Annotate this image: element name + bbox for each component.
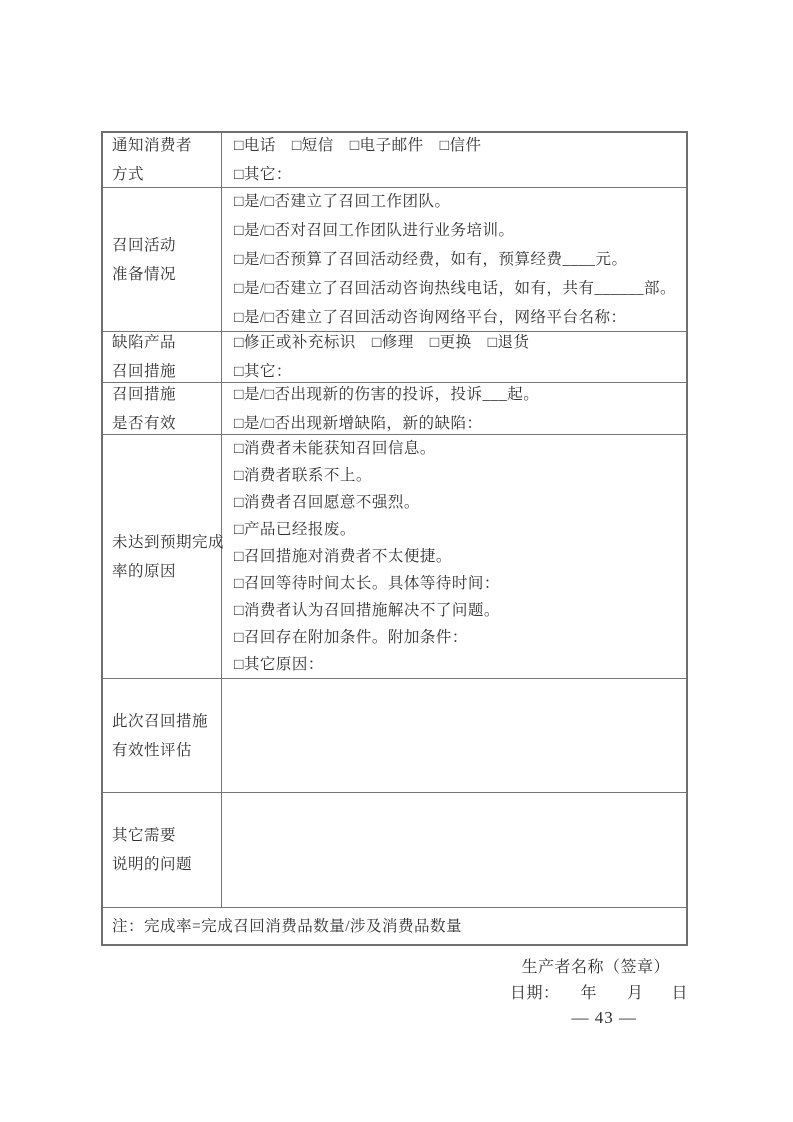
table-row: 其它需要说明的问题 <box>103 793 686 908</box>
page-number: — 43 — <box>572 1008 638 1028</box>
row-label-cell: 通知消费者方式 <box>103 133 222 187</box>
checkbox-option-line: □产品已经报废。 <box>234 516 686 543</box>
date-year-label: 年 <box>580 980 597 1003</box>
row-content-cell: □电话 □短信 □电子邮件 □信件□其它： <box>222 133 686 187</box>
row-label-text: 准备情况 <box>112 260 221 289</box>
checkbox-option-line: □消费者联系不上。 <box>234 462 686 489</box>
row-label-text: 通知消费者 <box>112 131 221 160</box>
row-label-text: 未达到预期完成 <box>112 528 221 557</box>
table-row: 召回措施是否有效□是/□否出现新的伤害的投诉，投诉___起。□是/□否出现新增缺… <box>103 383 686 435</box>
checkbox-option-line: □消费者召回愿意不强烈。 <box>234 489 686 516</box>
row-label-text: 缺陷产品 <box>112 328 221 357</box>
row-content-cell <box>222 793 686 907</box>
checkbox-option-line: □消费者认为召回措施解决不了问题。 <box>234 597 686 624</box>
row-label-text: 是否有效 <box>112 409 221 438</box>
recall-form-table: 通知消费者方式□电话 □短信 □电子邮件 □信件□其它：召回活动准备情况□是/□… <box>101 131 688 946</box>
row-label-text: 有效性评估 <box>112 736 221 765</box>
row-content-cell: □是/□否建立了召回工作团队。□是/□否对召回工作团队进行业务培训。□是/□否预… <box>222 188 686 331</box>
checkbox-option-line: □召回存在附加条件。附加条件： <box>234 624 686 651</box>
row-content-cell: □是/□否出现新的伤害的投诉，投诉___起。□是/□否出现新增缺陷，新的缺陷： <box>222 383 686 434</box>
producer-signature-label: 生产者名称（签章） <box>521 954 670 977</box>
table-note-row: 注：完成率=完成召回消费品数量/涉及消费品数量 <box>103 908 686 944</box>
row-content-cell: □修正或补充标识 □修理 □更换 □退货□其它： <box>222 332 686 382</box>
table-row: 此次召回措施有效性评估 <box>103 679 686 793</box>
checkbox-option-line: □召回措施对消费者不太便捷。 <box>234 543 686 570</box>
checkbox-option-line: □召回等待时间太长。具体等待时间： <box>234 570 686 597</box>
date-day-label: 日 <box>671 980 688 1003</box>
row-label-cell: 召回活动准备情况 <box>103 188 222 331</box>
checkbox-option-line: □电话 □短信 □电子邮件 □信件 <box>234 131 686 160</box>
checkbox-option-line: □是/□否建立了召回工作团队。 <box>234 187 686 216</box>
checkbox-option-line: □是/□否预算了召回活动经费，如有，预算经费____元。 <box>234 245 686 274</box>
checkbox-option-line: □是/□否出现新的伤害的投诉，投诉___起。 <box>234 380 686 409</box>
row-label-text: 说明的问题 <box>112 850 221 879</box>
document-page: 通知消费者方式□电话 □短信 □电子邮件 □信件□其它：召回活动准备情况□是/□… <box>0 0 793 1122</box>
checkbox-option-line: □其它： <box>234 160 686 189</box>
row-label-cell: 召回措施是否有效 <box>103 383 222 434</box>
row-content-cell <box>222 679 686 792</box>
table-note-text: 注：完成率=完成召回消费品数量/涉及消费品数量 <box>112 912 462 941</box>
row-label-text: 其它需要 <box>112 821 221 850</box>
date-line: 日期： 年 月 日 <box>510 980 688 1003</box>
row-label-text: 召回活动 <box>112 231 221 260</box>
checkbox-option-line: □其它原因： <box>234 651 686 678</box>
table-row: 召回活动准备情况□是/□否建立了召回工作团队。□是/□否对召回工作团队进行业务培… <box>103 188 686 332</box>
table-row: 通知消费者方式□电话 □短信 □电子邮件 □信件□其它： <box>103 133 686 188</box>
table-row: 未达到预期完成率的原因□消费者未能获知召回信息。□消费者联系不上。□消费者召回愿… <box>103 435 686 679</box>
row-label-text: 率的原因 <box>112 557 221 586</box>
date-month-label: 月 <box>627 980 644 1003</box>
date-label: 日期： <box>510 980 560 1003</box>
row-label-text: 召回措施 <box>112 380 221 409</box>
checkbox-option-line: □消费者未能获知召回信息。 <box>234 435 686 462</box>
row-label-text: 方式 <box>112 160 221 189</box>
row-label-cell: 其它需要说明的问题 <box>103 793 222 907</box>
checkbox-option-line: □是/□否出现新增缺陷，新的缺陷： <box>234 409 686 438</box>
checkbox-option-line: □修正或补充标识 □修理 □更换 □退货 <box>234 328 686 357</box>
checkbox-option-line: □是/□否对召回工作团队进行业务培训。 <box>234 216 686 245</box>
row-label-text: 此次召回措施 <box>112 707 221 736</box>
checkbox-option-line: □是/□否建立了召回活动咨询热线电话，如有，共有______部。 <box>234 274 686 303</box>
row-label-cell: 未达到预期完成率的原因 <box>103 435 222 678</box>
row-label-cell: 缺陷产品召回措施 <box>103 332 222 382</box>
table-row: 缺陷产品召回措施□修正或补充标识 □修理 □更换 □退货□其它： <box>103 332 686 383</box>
row-label-cell: 此次召回措施有效性评估 <box>103 679 222 792</box>
row-content-cell: □消费者未能获知召回信息。□消费者联系不上。□消费者召回愿意不强烈。□产品已经报… <box>222 435 686 678</box>
